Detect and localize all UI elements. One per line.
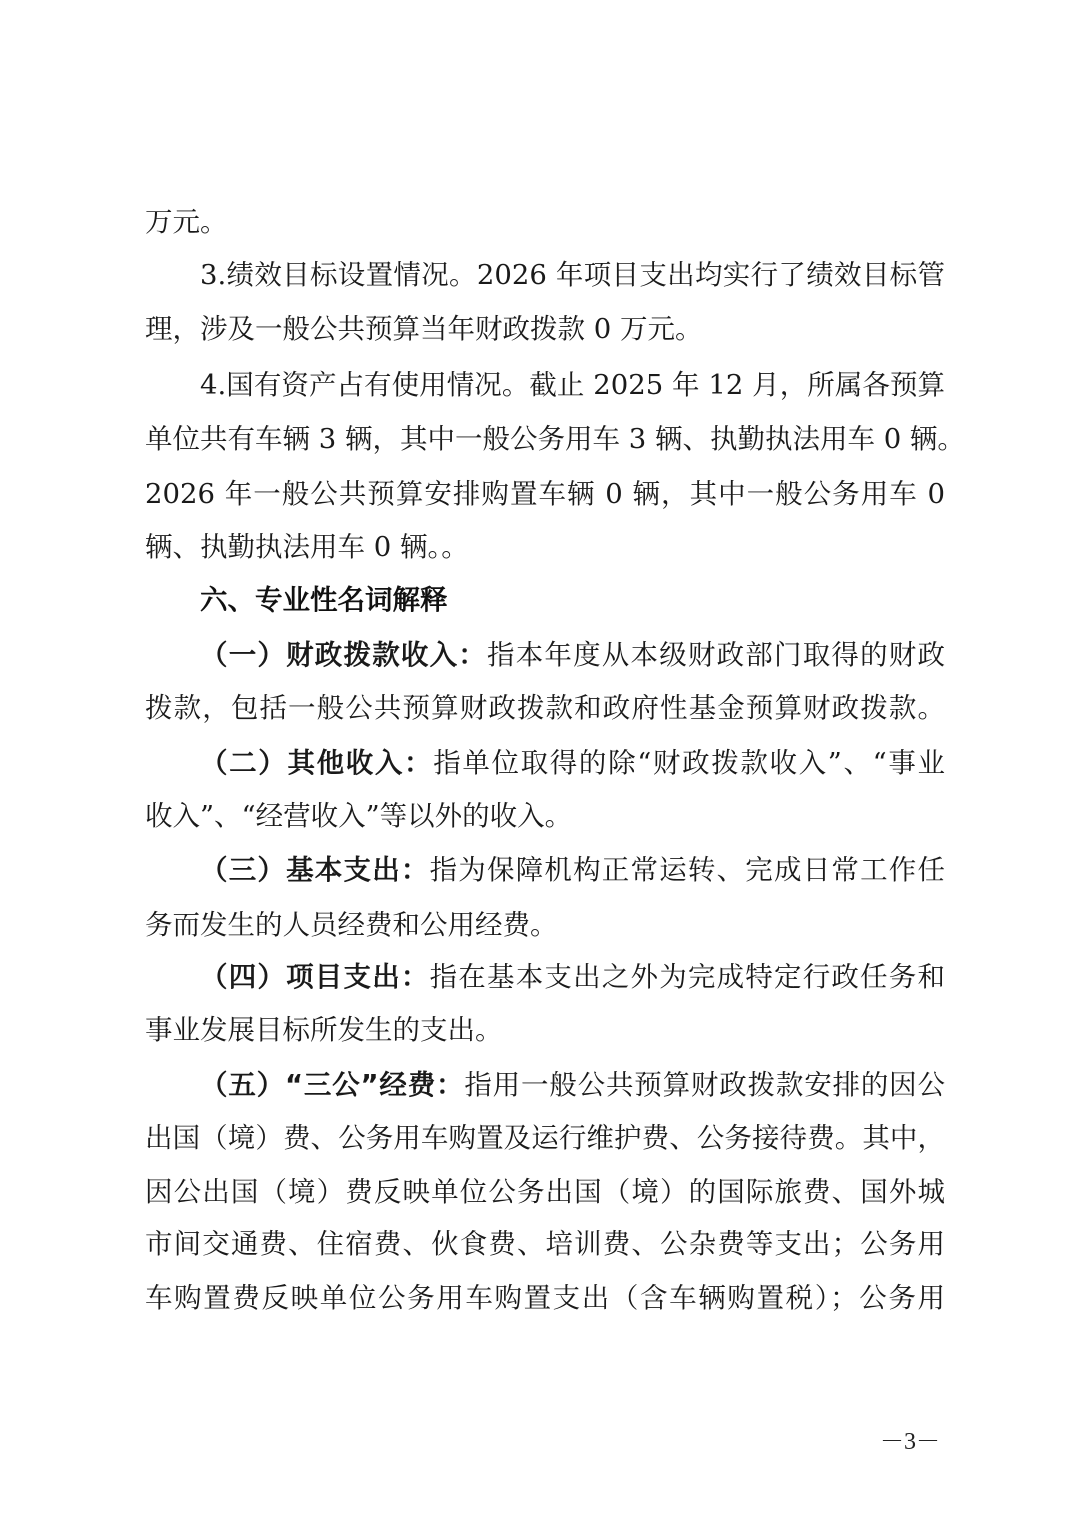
definition-term: （五）“三公”经费：	[200, 1069, 464, 1101]
definition-text: 指为保障机构正常运转、完成日常工作任	[430, 854, 945, 886]
section-heading: 六、专业性名词解释	[200, 580, 448, 620]
page-number: －3－	[880, 1427, 940, 1457]
paragraph-line: 市间交通费、住宿费、伙食费、培训费、公杂费等支出；公务用	[145, 1224, 945, 1264]
definition-text: 指在基本支出之外为完成特定行政任务和	[430, 961, 945, 993]
paragraph-line: 3.绩效目标设置情况。2026 年项目支出均实行了绩效目标管	[200, 255, 945, 295]
definition-term: （二）其他收入：	[200, 747, 433, 779]
paragraph-line: 4.国有资产占有使用情况。截止 2025 年 12 月，所属各预算	[200, 365, 945, 405]
paragraph-line: 事业发展目标所发生的支出。	[145, 1010, 945, 1050]
definition-term: （一）财政拨款收入：	[200, 639, 487, 671]
paragraph-line: 单位共有车辆 3 辆，其中一般公务用车 3 辆、执勤执法用车 0 辆。	[145, 419, 945, 459]
paragraph-line: 理，涉及一般公共预算当年财政拨款 0 万元。	[145, 309, 945, 349]
definition-line: （一）财政拨款收入：指本年度从本级财政部门取得的财政	[200, 635, 945, 675]
definition-term: （四）项目支出：	[200, 961, 430, 993]
paragraph-line: 拨款，包括一般公共预算财政拨款和政府性基金预算财政拨款。	[145, 688, 945, 728]
paragraph-line: 2026 年一般公共预算安排购置车辆 0 辆，其中一般公务用车 0	[145, 474, 945, 514]
paragraph-line: 收入”、“经营收入”等以外的收入。	[145, 796, 945, 836]
paragraph-line: 出国（境）费、公务用车购置及运行维护费、公务接待费。其中，	[145, 1118, 945, 1158]
definition-term: （三）基本支出：	[200, 854, 430, 886]
definition-line: （四）项目支出：指在基本支出之外为完成特定行政任务和	[200, 957, 945, 997]
definition-text: 指用一般公共预算财政拨款安排的因公	[464, 1069, 945, 1101]
paragraph-line: 万元。	[145, 202, 945, 242]
paragraph-line: 务而发生的人员经费和公用经费。	[145, 905, 945, 945]
paragraph-line: 辆、执勤执法用车 0 辆。。	[145, 527, 945, 567]
definition-text: 指单位取得的除“财政拨款收入”、“事业	[433, 747, 945, 779]
paragraph-line: 车购置费反映单位公务用车购置支出（含车辆购置税）；公务用	[145, 1278, 945, 1318]
paragraph-line: 因公出国（境）费反映单位公务出国（境）的国际旅费、国外城	[145, 1172, 945, 1212]
document-page: 万元。 3.绩效目标设置情况。2026 年项目支出均实行了绩效目标管 理，涉及一…	[0, 0, 1074, 1520]
definition-line: （二）其他收入：指单位取得的除“财政拨款收入”、“事业	[200, 743, 945, 783]
definition-text: 指本年度从本级财政部门取得的财政	[487, 639, 945, 671]
definition-line: （三）基本支出：指为保障机构正常运转、完成日常工作任	[200, 850, 945, 890]
definition-line: （五）“三公”经费：指用一般公共预算财政拨款安排的因公	[200, 1065, 945, 1105]
